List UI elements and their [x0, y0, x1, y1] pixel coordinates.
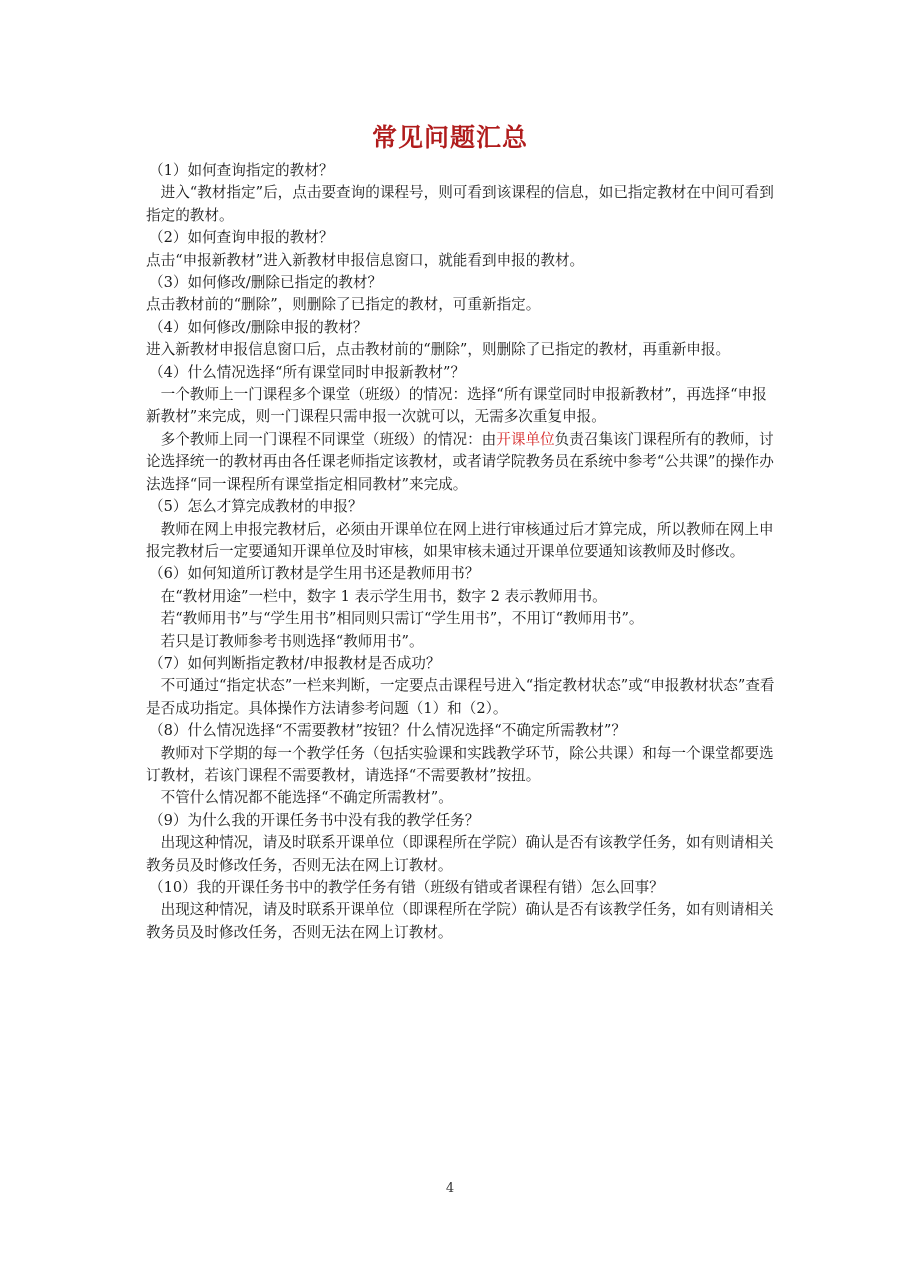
highlight-kaike-danwei: 开课单位 [496, 431, 554, 448]
page-title: 常见问题汇总 [0, 118, 900, 154]
answer-4b-part-1: 一个教师上一门课程多个课堂（班级）的情况：选择“所有课堂同时申报新教材”，再选择… [146, 384, 776, 429]
question-4b: （4）什么情况选择“所有课堂同时申报新教材”？ [146, 362, 776, 384]
answer-1: 进入“教材指定”后，点击要查询的课程号，则可看到该课程的信息，如已指定教材在中间… [146, 182, 776, 227]
answer-8-part-2: 不管什么情况都不能选择“不确定所需教材”。 [146, 787, 776, 809]
question-8: （8）什么情况选择“不需要教材”按钮？什么情况选择“不确定所需教材”？ [146, 720, 776, 742]
answer-5: 教师在网上申报完教材后，必须由开课单位在网上进行审核通过后才算完成，所以教师在网… [146, 519, 776, 564]
answer-3: 点击教材前的“删除”，则删除了已指定的教材，可重新指定。 [146, 294, 776, 316]
question-2: （2）如何查询申报的教材？ [146, 227, 776, 249]
answer-4b-part-2: 多个教师上同一门课程不同课堂（班级）的情况：由开课单位负责召集该门课程所有的教师… [146, 429, 776, 496]
answer-6-part-1: 在“教材用途”一栏中，数字 1 表示学生用书，数字 2 表示教师用书。 [146, 586, 776, 608]
answer-10: 出现这种情况，请及时联系开课单位（即课程所在学院）确认是否有该教学任务，如有则请… [146, 899, 776, 944]
answer-9: 出现这种情况，请及时联系开课单位（即课程所在学院）确认是否有该教学任务，如有则请… [146, 832, 776, 877]
question-1: （1）如何查询指定的教材？ [146, 160, 776, 182]
question-9: （9）为什么我的开课任务书中没有我的教学任务？ [146, 810, 776, 832]
answer-7: 不可通过“指定状态”一栏来判断，一定要点击课程号进入“指定教材状态”或“申报教材… [146, 675, 776, 720]
answer-6-part-3: 若只是订教师参考书则选择“教师用书”。 [146, 631, 776, 653]
answer-8-part-1: 教师对下学期的每一个教学任务（包括实验课和实践教学环节，除公共课）和每一个课堂都… [146, 743, 776, 788]
answer-4b-text-before: 多个教师上同一门课程不同课堂（班级）的情况：由 [161, 431, 497, 448]
question-7: （7）如何判断指定教材/申报教材是否成功？ [146, 653, 776, 675]
answer-4a: 进入新教材申报信息窗口后，点击教材前的“删除”，则删除了已指定的教材，再重新申报… [146, 339, 776, 361]
question-10: （10）我的开课任务书中的教学任务有错（班级有错或者课程有错）怎么回事？ [146, 877, 776, 899]
question-4a: （4）如何修改/删除申报的教材？ [146, 317, 776, 339]
question-6: （6）如何知道所订教材是学生用书还是教师用书？ [146, 563, 776, 585]
answer-6-part-2: 若“教师用书”与“学生用书”相同则只需订“学生用书”，不用订“教师用书”。 [146, 608, 776, 630]
faq-body: （1）如何查询指定的教材？ 进入“教材指定”后，点击要查询的课程号，则可看到该课… [146, 160, 776, 944]
page-number: 4 [0, 1181, 900, 1196]
question-5: （5）怎么才算完成教材的申报？ [146, 496, 776, 518]
answer-2: 点击“申报新教材”进入新教材申报信息窗口，就能看到申报的教材。 [146, 250, 776, 272]
question-3: （3）如何修改/删除已指定的教材？ [146, 272, 776, 294]
